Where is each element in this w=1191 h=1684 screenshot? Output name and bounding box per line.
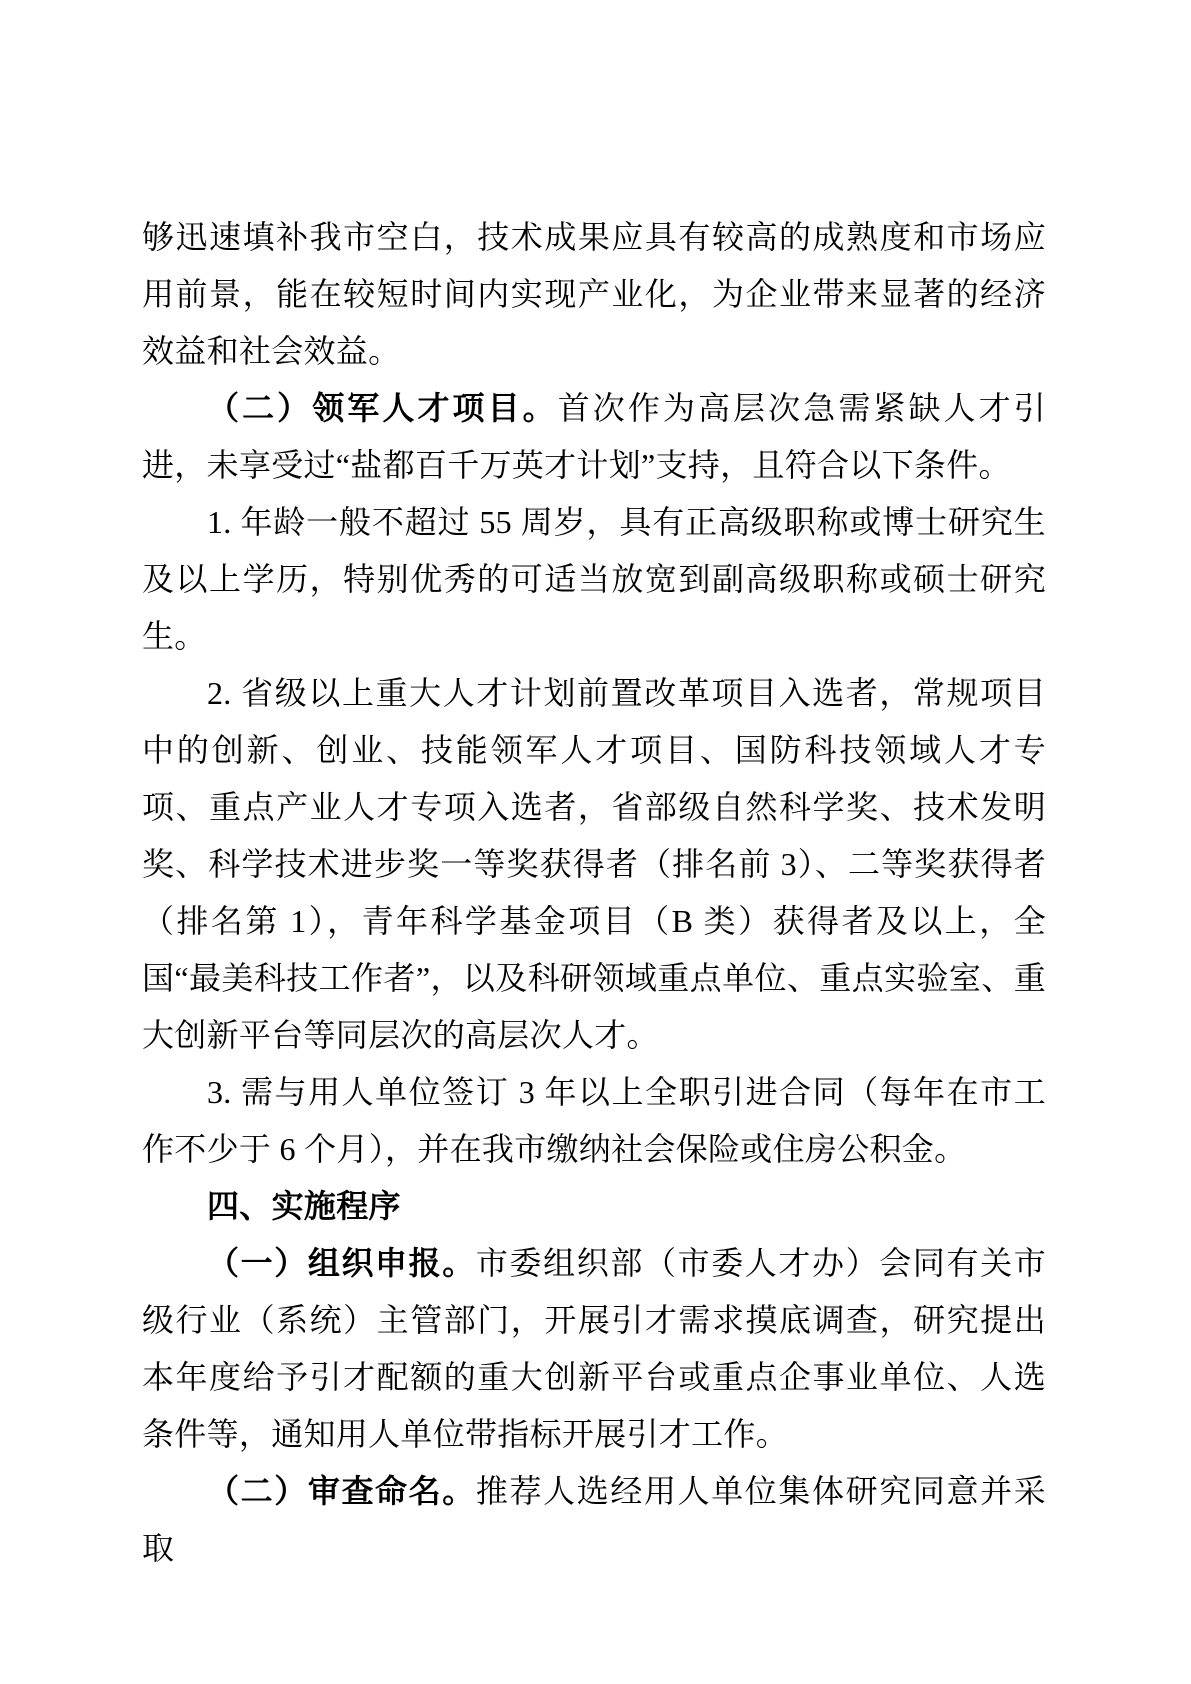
body-text: 2. 省级以上重大人才计划前置改革项目入选者，常规项目中的创新、创业、技能领军人… bbox=[142, 675, 1046, 1053]
paragraph-continuation: 够迅速填补我市空白，技术成果应具有较高的成熟度和市场应用前景，能在较短时间内实现… bbox=[142, 209, 1046, 380]
subheading-leader-talent-project: （二）领军人才项目。 bbox=[207, 390, 558, 426]
numbered-item-1: 1. 年龄一般不超过 55 周岁，具有正高级职称或博士研究生及以上学历，特别优秀… bbox=[142, 494, 1046, 665]
document-body: 够迅速填补我市空白，技术成果应具有较高的成熟度和市场应用前景，能在较短时间内实现… bbox=[142, 209, 1046, 1577]
subheading-organize-apply: （一）组织申报。 bbox=[207, 1245, 476, 1281]
subheading-review-naming: （二）审查命名。 bbox=[207, 1473, 476, 1509]
section-heading-4-implementation: 四、实施程序 bbox=[142, 1178, 1046, 1235]
paragraph-item-2-leader-talent: （二）领军人才项目。首次作为高层次急需紧缺人才引进，未享受过“盐都百千万英才计划… bbox=[142, 380, 1046, 494]
numbered-item-2: 2. 省级以上重大人才计划前置改革项目入选者，常规项目中的创新、创业、技能领军人… bbox=[142, 665, 1046, 1064]
section-heading-text: 四、实施程序 bbox=[207, 1188, 401, 1224]
paragraph-item-2-review-naming: （二）审查命名。推荐人选经用人单位集体研究同意并采取 bbox=[142, 1463, 1046, 1577]
body-text: 够迅速填补我市空白，技术成果应具有较高的成熟度和市场应用前景，能在较短时间内实现… bbox=[142, 219, 1046, 369]
body-text: 1. 年龄一般不超过 55 周岁，具有正高级职称或博士研究生及以上学历，特别优秀… bbox=[142, 504, 1046, 654]
numbered-item-3: 3. 需与用人单位签订 3 年以上全职引进合同（每年在市工作不少于 6 个月），… bbox=[142, 1064, 1046, 1178]
document-page: 够迅速填补我市空白，技术成果应具有较高的成熟度和市场应用前景，能在较短时间内实现… bbox=[0, 0, 1191, 1684]
paragraph-item-1-organize-apply: （一）组织申报。市委组织部（市委人才办）会同有关市级行业（系统）主管部门，开展引… bbox=[142, 1235, 1046, 1463]
body-text: 3. 需与用人单位签订 3 年以上全职引进合同（每年在市工作不少于 6 个月），… bbox=[142, 1074, 1046, 1167]
